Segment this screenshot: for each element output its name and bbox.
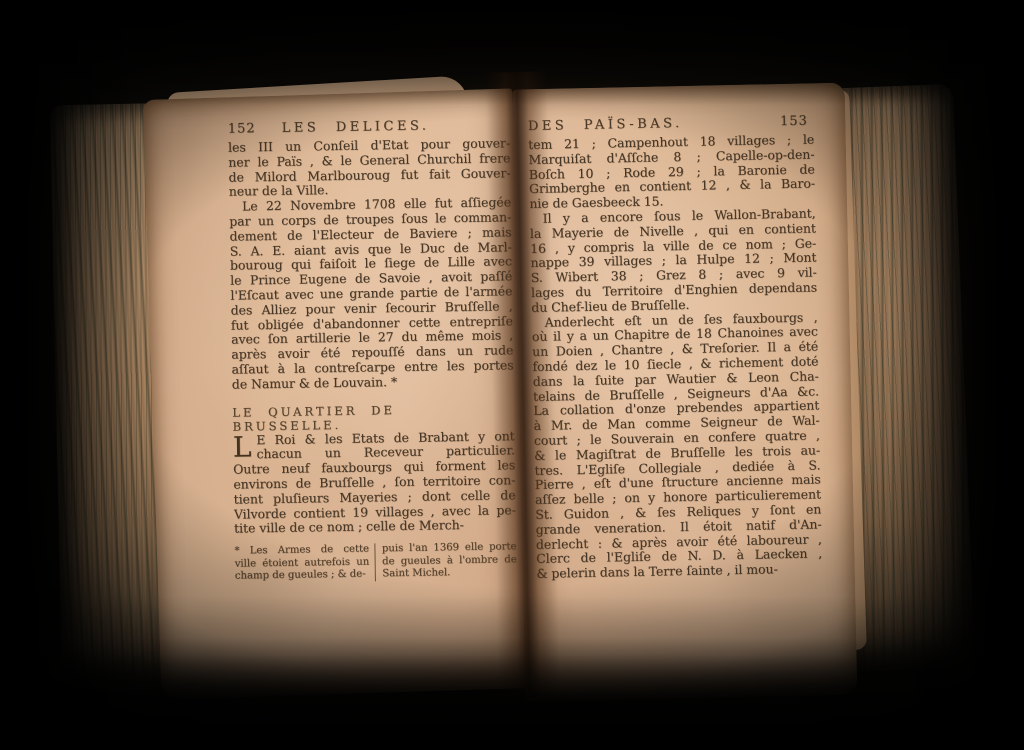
- footnote: * Les Armes de cetteville étoient autref…: [234, 541, 517, 583]
- paragraph: tem 21 ; Campenhout 18 villages ; leMarq…: [528, 132, 815, 211]
- paragraph: les III un Conſeil d'Etat pour gouver-ne…: [228, 136, 511, 200]
- page-number-right: 153: [780, 113, 814, 129]
- page-number-left: 152: [228, 121, 256, 136]
- footnote-left-column: * Les Armes de cetteville étoient autref…: [234, 544, 369, 584]
- paragraph: Il y a encore ſous le Wallon-Brabant,la …: [530, 206, 818, 315]
- page-left-body: les III un Conſeil d'Etat pour gouver-ne…: [228, 136, 516, 537]
- running-head-right: DES PAÏS-BAS. 153: [528, 113, 814, 133]
- running-title-left: LES DELICES.: [282, 119, 430, 136]
- footnote-column-divider: [374, 544, 375, 582]
- running-title-right: DES PAÏS-BAS.: [528, 116, 683, 134]
- section-heading: LE QUARTIER DE BRUSSELLE.: [232, 401, 514, 420]
- paragraph: Anderlecht eſt un de ſes fauxbourgs ,où …: [532, 310, 823, 582]
- page-right-body: tem 21 ; Campenhout 18 villages ; leMarq…: [528, 132, 822, 581]
- running-head-left: 152 LES DELICES.: [228, 117, 510, 136]
- paragraph: LE Roi & les Etats de Brabant y ontchacu…: [233, 429, 517, 537]
- drop-cap-initial: L: [233, 433, 257, 460]
- book-photo-scene: 152 LES DELICES. les III un Conſeil d'Et…: [0, 0, 1024, 750]
- bottom-shadow: [0, 596, 1024, 750]
- paragraph: Le 22 Novembre 1708 elle fut aſſiegéepar…: [229, 195, 514, 392]
